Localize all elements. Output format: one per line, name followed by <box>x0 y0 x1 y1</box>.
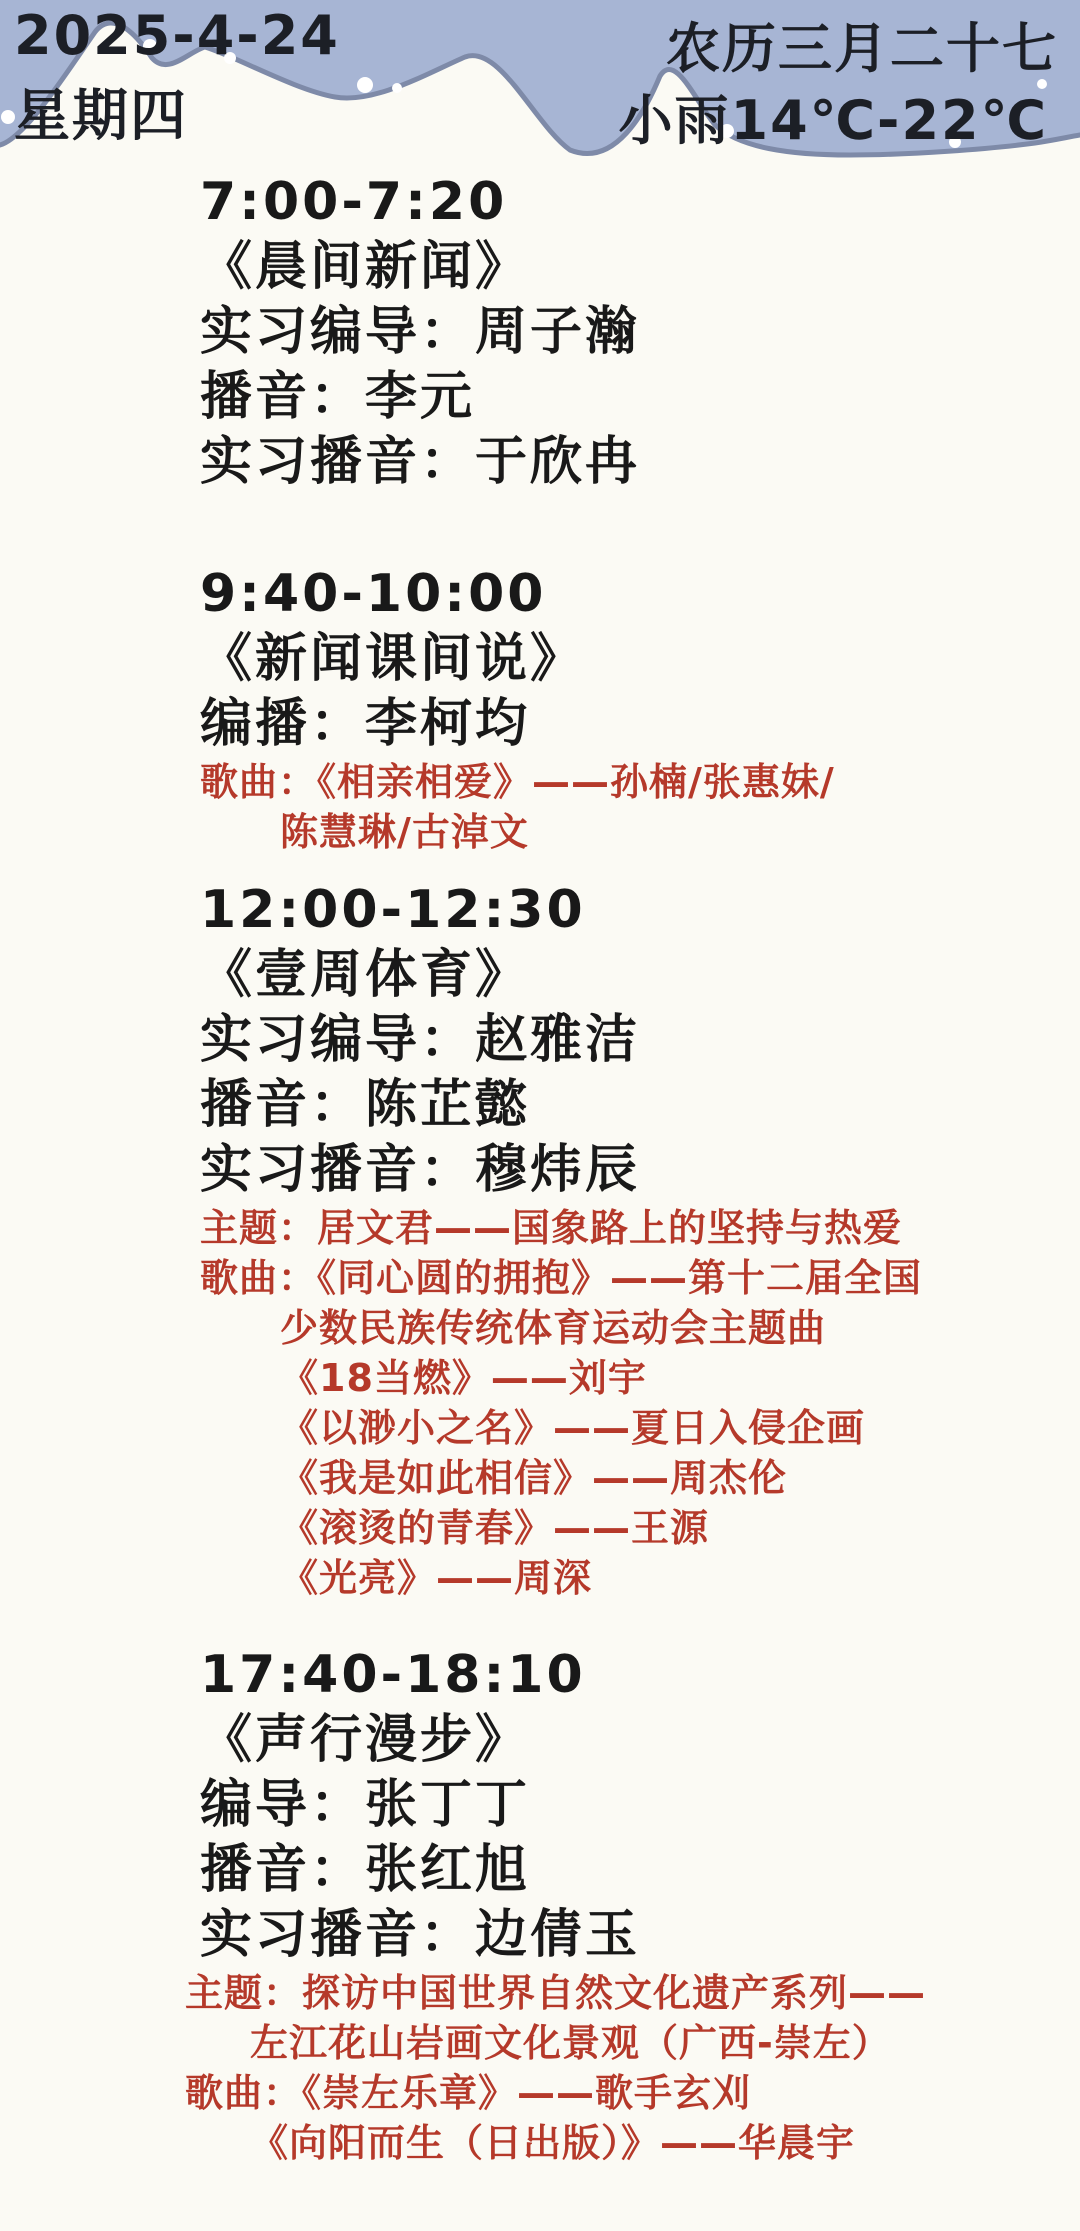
program-time: 9:40-10:00 <box>200 562 1064 627</box>
schedule-page: 2025-4-24 星期四 农历三月二十七 小雨14℃-22℃ 7:00-7:2… <box>0 0 1080 2231</box>
note-line: 《光亮》——周深 <box>280 1553 1064 1603</box>
credit-line: 实习播音：穆炜辰 <box>200 1138 1064 1203</box>
program-block-sound-walk: 17:40-18:10 《声行漫步》 编导：张丁丁 播音：张红旭 实习播音：边倩… <box>200 1643 1064 2168</box>
note-line: 《滚烫的青春》——王源 <box>280 1503 1064 1553</box>
note-line: 歌曲：《同心圆的拥抱》——第十二届全国 <box>200 1253 1064 1303</box>
weather-label: 小雨14℃-22℃ <box>619 78 1049 155</box>
credit-line: 播音：李元 <box>200 365 1064 430</box>
credit-line: 实习编导：赵雅洁 <box>200 1008 1064 1073</box>
credit-line: 播音：张红旭 <box>200 1838 1064 1903</box>
note-line: 主题：居文君——国象路上的坚持与热爱 <box>200 1203 1064 1253</box>
note-line: 《18当燃》——刘宇 <box>280 1353 1064 1403</box>
program-title: 《新闻课间说》 <box>200 627 1064 692</box>
credit-line: 播音：陈芷懿 <box>200 1073 1064 1138</box>
credit-line: 实习播音：于欣冉 <box>200 430 1064 495</box>
credit-line: 实习播音：边倩玉 <box>200 1903 1064 1968</box>
credit-line: 实习编导：周子瀚 <box>200 300 1064 365</box>
program-title: 《声行漫步》 <box>200 1708 1064 1773</box>
program-block-news-break: 9:40-10:00 《新闻课间说》 编播：李柯均 歌曲：《相亲相爱》——孙楠/… <box>200 562 1064 857</box>
note-line: 歌曲：《相亲相爱》——孙楠/张惠妹/ <box>200 757 1064 807</box>
program-block-morning-news: 7:00-7:20 《晨间新闻》 实习编导：周子瀚 播音：李元 实习播音：于欣冉 <box>200 170 1064 495</box>
program-block-weekly-sports: 12:00-12:30 《壹周体育》 实习编导：赵雅洁 播音：陈芷懿 实习播音：… <box>200 878 1064 1603</box>
note-line: 《以渺小之名》——夏日入侵企画 <box>280 1403 1064 1453</box>
weekday-label: 星期四 <box>14 72 188 152</box>
note-line: 少数民族传统体育运动会主题曲 <box>280 1303 1064 1353</box>
program-title: 《晨间新闻》 <box>200 235 1064 300</box>
note-line: 《向阳而生（日出版）》——华晨宇 <box>250 2118 1064 2168</box>
date-label: 2025-4-24 <box>14 4 340 67</box>
program-time: 7:00-7:20 <box>200 170 1064 235</box>
program-time: 12:00-12:30 <box>200 878 1064 943</box>
note-line: 歌曲：《崇左乐章》——歌手玄刈 <box>185 2068 1064 2118</box>
credit-line: 编导：张丁丁 <box>200 1773 1064 1838</box>
note-line: 左江花山岩画文化景观（广西-崇左） <box>250 2018 1064 2068</box>
note-line: 《我是如此相信》——周杰伦 <box>280 1453 1064 1503</box>
credit-line: 编播：李柯均 <box>200 692 1064 757</box>
program-title: 《壹周体育》 <box>200 943 1064 1008</box>
lunar-date-label: 农历三月二十七 <box>666 6 1058 83</box>
note-line: 主题：探访中国世界自然文化遗产系列—— <box>185 1968 1064 2018</box>
program-time: 17:40-18:10 <box>200 1643 1064 1708</box>
note-line: 陈慧琳/古淖文 <box>280 807 1064 857</box>
